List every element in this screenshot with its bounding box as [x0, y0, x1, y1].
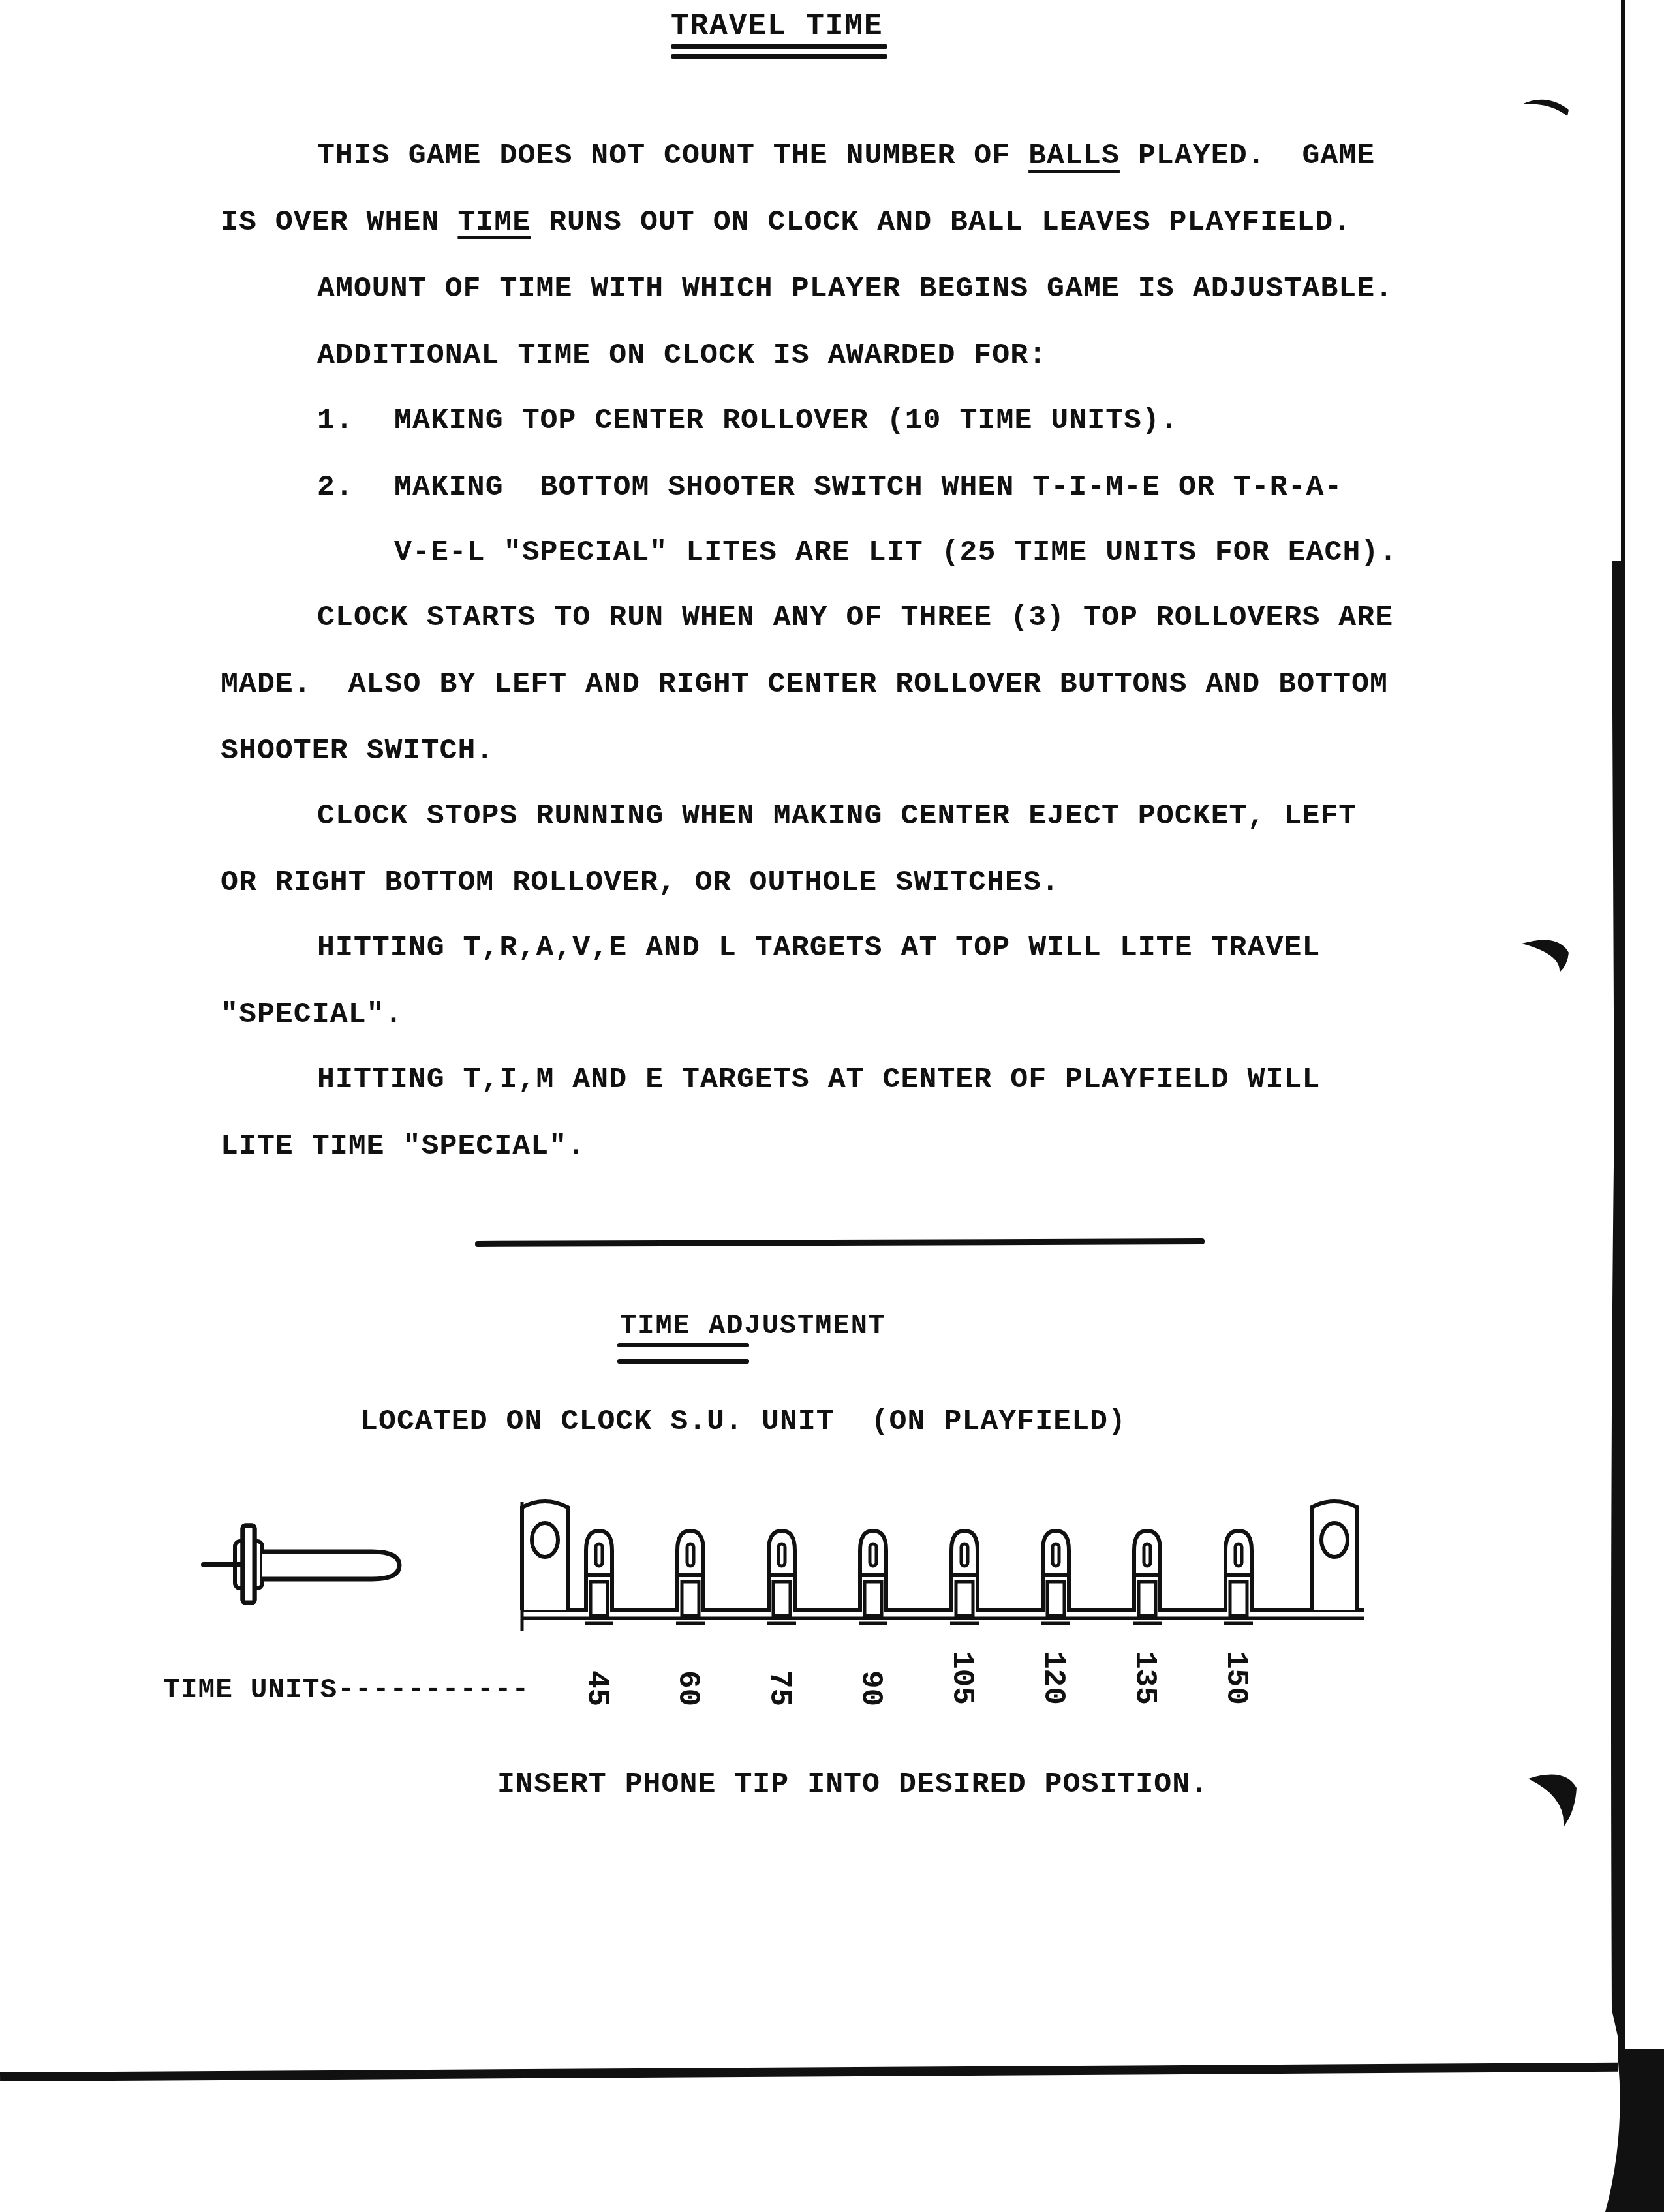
underlined-time: TIME — [457, 206, 531, 239]
text-line-14: "SPECIAL". — [221, 998, 403, 1031]
page-edge-bottom — [0, 2063, 1618, 2081]
time-unit-label-135: 135 — [1128, 1651, 1162, 1705]
title-underline-1 — [671, 44, 887, 49]
section-title-travel-time: TRAVEL TIME — [671, 9, 884, 43]
time-unit-label-75: 75 — [762, 1670, 796, 1706]
text-line-8: CLOCK STARTS TO RUN WHEN ANY OF THREE (3… — [317, 602, 1393, 634]
time-unit-label-60: 60 — [671, 1670, 705, 1706]
time-unit-label-90: 90 — [854, 1670, 887, 1706]
title-underline-1 — [617, 1343, 749, 1347]
text-line-12: OR RIGHT BOTTOM ROLLOVER, OR OUTHOLE SWI… — [221, 867, 1060, 899]
list-item-2-text: MAKING BOTTOM SHOOTER SWITCH WHEN T-I-M-… — [394, 471, 1343, 504]
section-title-time-adjustment: TIME ADJUSTMENT — [620, 1310, 886, 1342]
list-item-2-continuation: V-E-L "SPECIAL" LITES ARE LIT (25 TIME U… — [394, 536, 1397, 569]
time-unit-label-150: 150 — [1219, 1651, 1253, 1705]
binder-hole-mark-2 — [1520, 927, 1586, 985]
time-units-label: TIME UNITS----------- — [163, 1674, 529, 1706]
text-line-2: IS OVER WHEN TIME RUNS OUT ON CLOCK AND … — [221, 206, 1351, 239]
text-line-1: THIS GAME DOES NOT COUNT THE NUMBER OF B… — [317, 140, 1375, 172]
text-line-11: CLOCK STOPS RUNNING WHEN MAKING CENTER E… — [317, 800, 1357, 833]
title-underline-2 — [617, 1359, 749, 1364]
page-edge-right-thin — [1621, 0, 1625, 561]
time-unit-label-45: 45 — [579, 1670, 613, 1706]
page-edge-right-shadow — [1579, 561, 1664, 2212]
stepping-unit-terminal-strip-icon — [516, 1481, 1377, 1638]
text-line-13: HITTING T,R,A,V,E AND L TARGETS AT TOP W… — [317, 932, 1320, 964]
text-line-9: MADE. ALSO BY LEFT AND RIGHT CENTER ROLL… — [221, 668, 1388, 701]
list-item-1-text: MAKING TOP CENTER ROLLOVER (10 TIME UNIT… — [394, 405, 1179, 437]
text-line-3: AMOUNT OF TIME WITH WHICH PLAYER BEGINS … — [317, 273, 1393, 305]
list-item-1-number: 1. — [317, 405, 354, 437]
text-line-16: LITE TIME "SPECIAL". — [221, 1130, 585, 1163]
binder-hole-mark-1 — [1520, 91, 1586, 131]
dotted-leader: ----------- — [337, 1674, 529, 1706]
location-note: LOCATED ON CLOCK S.U. UNIT (ON PLAYFIELD… — [360, 1406, 1126, 1438]
time-unit-label-105: 105 — [945, 1651, 979, 1705]
text-line-4: ADDITIONAL TIME ON CLOCK IS AWARDED FOR: — [317, 339, 1047, 372]
title-underline-2 — [671, 54, 887, 59]
phone-tip-plug-icon — [196, 1514, 418, 1612]
section-divider — [475, 1238, 1205, 1247]
document-page: TRAVEL TIME THIS GAME DOES NOT COUNT THE… — [0, 0, 1664, 2212]
text-line-10: SHOOTER SWITCH. — [221, 735, 494, 767]
instruction-text: INSERT PHONE TIP INTO DESIRED POSITION. — [497, 1768, 1209, 1801]
text-line-15: HITTING T,I,M AND E TARGETS AT CENTER OF… — [317, 1064, 1320, 1096]
underlined-balls: BALLS — [1028, 140, 1120, 172]
list-item-2-number: 2. — [317, 471, 354, 504]
time-unit-label-120: 120 — [1036, 1651, 1070, 1705]
